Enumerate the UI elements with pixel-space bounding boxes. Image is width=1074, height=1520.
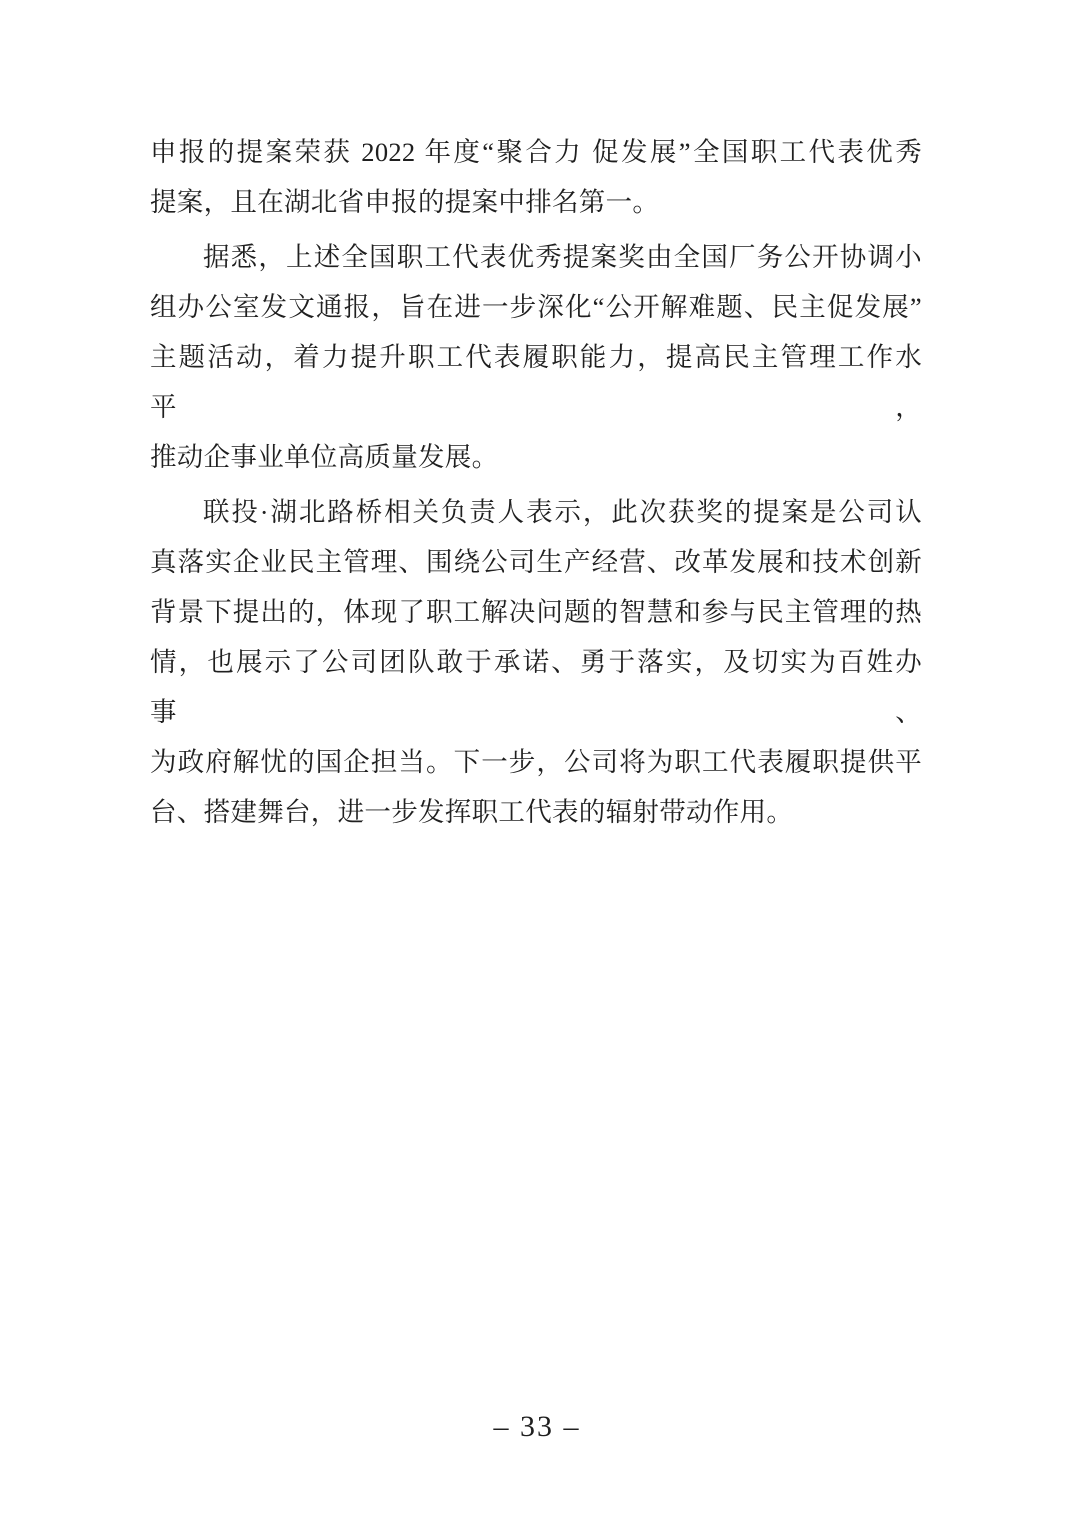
paragraph: 据悉，上述全国职工代表优秀提案奖由全国厂务公开协调小 组办公室发文通报，旨在进一… bbox=[150, 232, 922, 482]
text-line: 推动企事业单位高质量发展。 bbox=[150, 432, 922, 482]
text-line: 据悉，上述全国职工代表优秀提案奖由全国厂务公开协调小 bbox=[150, 232, 922, 282]
text-line: 组办公室发文通报，旨在进一步深化“公开解难题、民主促发展” bbox=[150, 282, 922, 332]
text-line: 提案，且在湖北省申报的提案中排名第一。 bbox=[150, 177, 922, 227]
text-line: 真落实企业民主管理、围绕公司生产经营、改革发展和技术创新 bbox=[150, 537, 922, 587]
paragraph: 联投·湖北路桥相关负责人表示，此次获奖的提案是公司认 真落实企业民主管理、围绕公… bbox=[150, 487, 922, 837]
text-line: 申报的提案荣获 2022 年度“聚合力 促发展”全国职工代表优秀 bbox=[150, 127, 922, 177]
text-line: 情，也展示了公司团队敢于承诺、勇于落实，及切实为百姓办事、 bbox=[150, 637, 922, 737]
text-line: 为政府解忧的国企担当。下一步，公司将为职工代表履职提供平 bbox=[150, 737, 922, 787]
document-page: 申报的提案荣获 2022 年度“聚合力 促发展”全国职工代表优秀 提案，且在湖北… bbox=[0, 0, 1074, 1520]
text-line: 联投·湖北路桥相关负责人表示，此次获奖的提案是公司认 bbox=[150, 487, 922, 537]
text-line: 台、搭建舞台，进一步发挥职工代表的辐射带动作用。 bbox=[150, 787, 922, 837]
text-line: 主题活动，着力提升职工代表履职能力，提高民主管理工作水平， bbox=[150, 332, 922, 432]
text-line: 背景下提出的，体现了职工解决问题的智慧和参与民主管理的热 bbox=[150, 587, 922, 637]
paragraph: 申报的提案荣获 2022 年度“聚合力 促发展”全国职工代表优秀 提案，且在湖北… bbox=[150, 127, 922, 227]
page-number: – 33 – bbox=[0, 1405, 1074, 1449]
body-text: 申报的提案荣获 2022 年度“聚合力 促发展”全国职工代表优秀 提案，且在湖北… bbox=[150, 127, 922, 842]
